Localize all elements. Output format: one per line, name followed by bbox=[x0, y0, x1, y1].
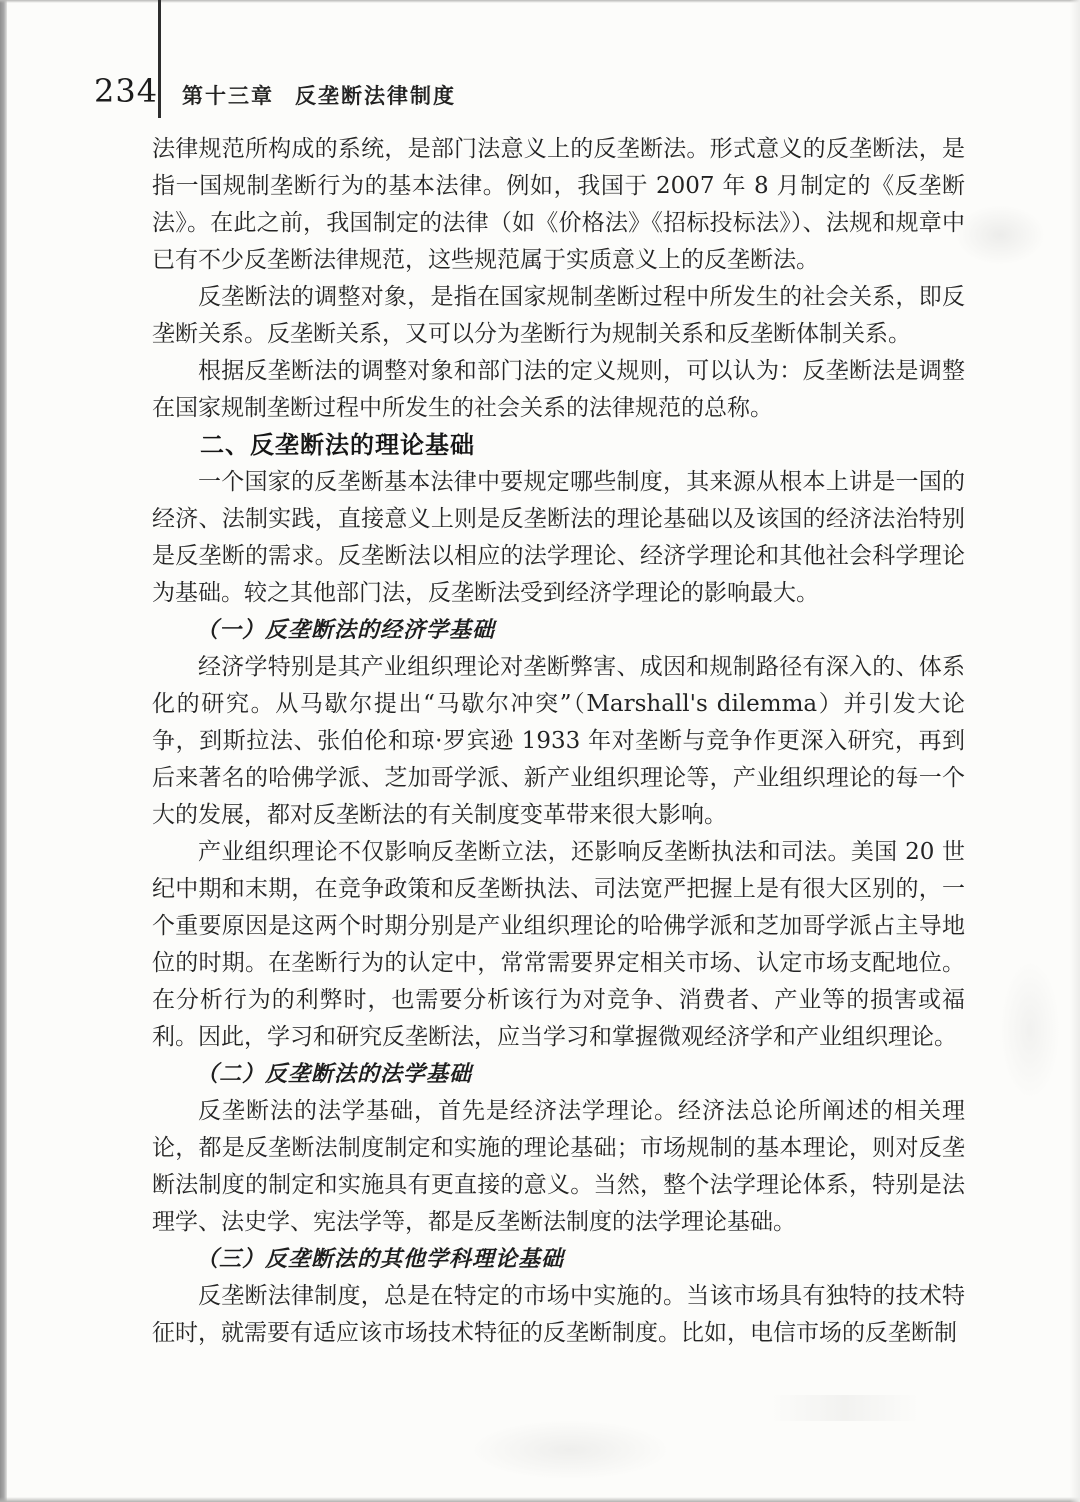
scan-artifact bbox=[470, 1420, 670, 1480]
scan-edge-top bbox=[0, 0, 1080, 3]
subsection-heading: （三）反垄断法的其他学科理论基础 bbox=[152, 1241, 965, 1278]
scan-edge-bottom bbox=[0, 1497, 1080, 1502]
page-number: 234 bbox=[94, 72, 158, 110]
running-head: 第十三章反垄断法律制度 bbox=[182, 80, 456, 110]
chapter-label: 第十三章 bbox=[182, 84, 274, 108]
paragraph: 产业组织理论不仅影响反垄断立法，还影响反垄断执法和司法。美国 20 世纪中期和末… bbox=[152, 834, 965, 1056]
scan-artifact bbox=[770, 1395, 920, 1421]
paragraph-continued: 法律规范所构成的系统，是部门法意义上的反垄断法。形式意义的反垄断法，是指一国规制… bbox=[152, 131, 965, 279]
paragraph-page-break: 反垄断法律制度，总是在特定的市场中实施的。当该市场具有独特的技术特征时，就需要有… bbox=[152, 1278, 965, 1352]
scan-artifact bbox=[1000, 960, 1060, 1100]
subsection-heading: （一）反垄断法的经济学基础 bbox=[152, 612, 965, 649]
paragraph: 经济学特别是其产业组织理论对垄断弊害、成因和规制路径有深入的、体系化的研究。从马… bbox=[152, 649, 965, 834]
chapter-title: 反垄断法律制度 bbox=[295, 84, 456, 108]
paragraph: 根据反垄断法的调整对象和部门法的定义规则，可以认为：反垄断法是调整在国家规制垄断… bbox=[152, 353, 965, 427]
paragraph: 反垄断法的调整对象，是指在国家规制垄断过程中所发生的社会关系，即反垄断关系。反垄… bbox=[152, 279, 965, 353]
scan-edge-left bbox=[0, 0, 7, 1502]
paragraph: 一个国家的反垄断基本法律中要规定哪些制度，其来源从根本上讲是一国的经济、法制实践… bbox=[152, 464, 965, 612]
page-body: 法律规范所构成的系统，是部门法意义上的反垄断法。形式意义的反垄断法，是指一国规制… bbox=[152, 131, 965, 1352]
paragraph: 反垄断法的法学基础，首先是经济法学理论。经济法总论所阐述的相关理论，都是反垄断法… bbox=[152, 1093, 965, 1241]
subsection-heading: （二）反垄断法的法学基础 bbox=[152, 1056, 965, 1093]
book-page: 234 第十三章反垄断法律制度 法律规范所构成的系统，是部门法意义上的反垄断法。… bbox=[0, 0, 1080, 1502]
scan-artifact bbox=[955, 205, 1045, 265]
scan-edge-right bbox=[1070, 0, 1080, 1502]
header-divider-rule bbox=[158, 0, 161, 118]
section-heading: 二、反垄断法的理论基础 bbox=[152, 427, 965, 464]
